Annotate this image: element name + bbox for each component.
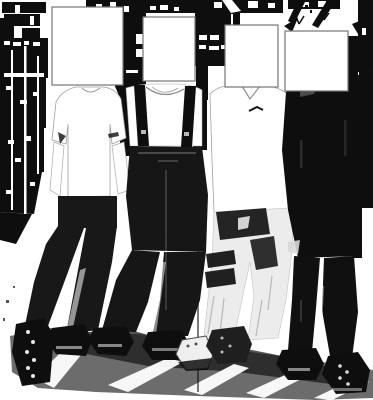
face-redaction-box-1	[52, 7, 123, 85]
photo-canvas	[0, 0, 373, 400]
face-redaction-box-2	[143, 17, 195, 81]
face-redaction-box-4	[285, 31, 348, 91]
photocopied-photo	[0, 0, 373, 400]
face-redaction-box-3	[225, 25, 278, 87]
